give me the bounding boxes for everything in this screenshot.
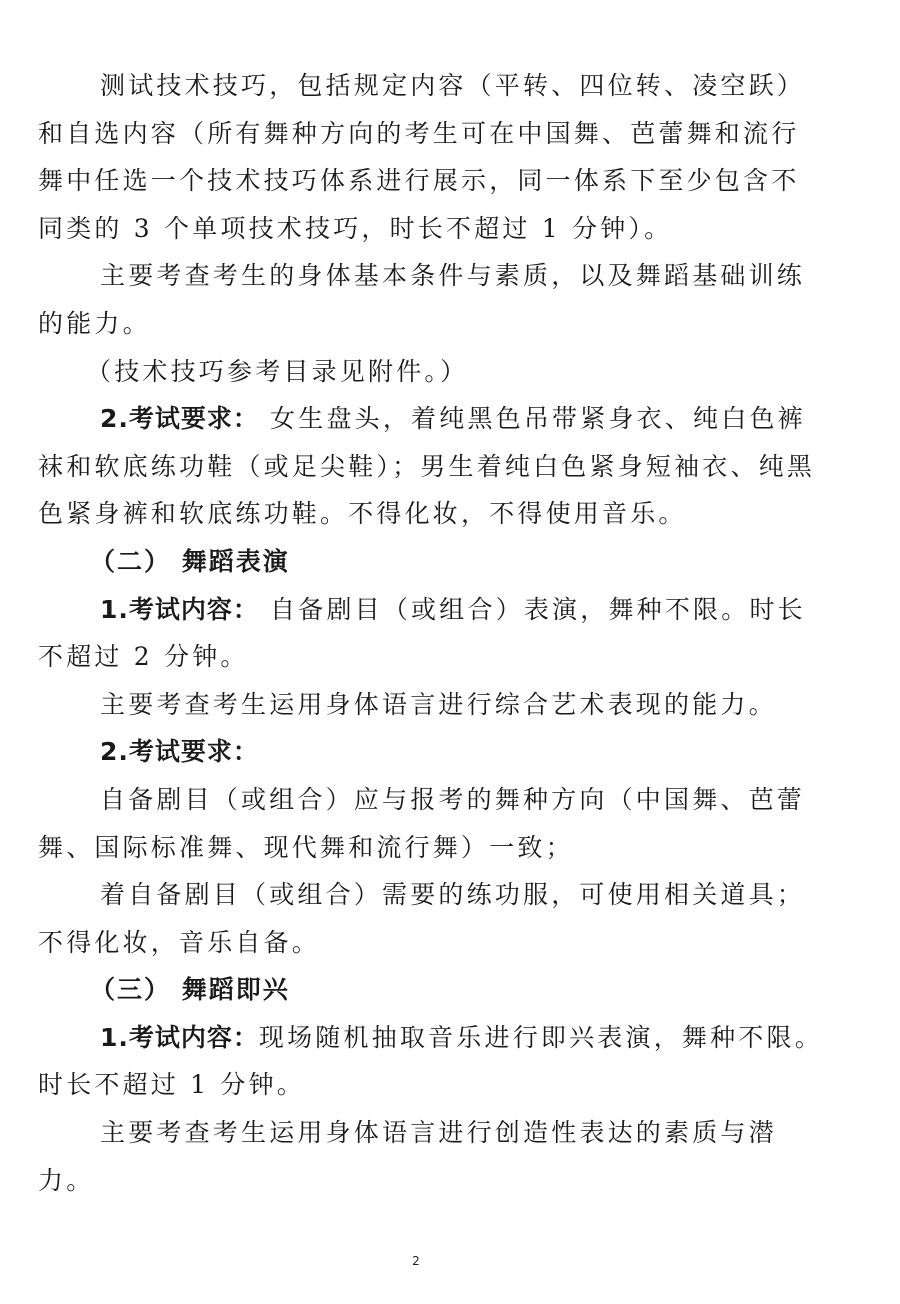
paragraph-line: （技术技巧参考目录见附件。） — [38, 348, 798, 396]
page-number: 2 — [0, 1254, 832, 1268]
item-label: 1.考试内容： — [100, 1023, 259, 1052]
item-text: 女生盘头，着纯黑色吊带紧身衣、纯白色裤 — [259, 404, 806, 433]
section-heading: （三） 舞蹈即兴 — [38, 966, 798, 1014]
item-text: 现场随机抽取音乐进行即兴表演，舞种不限。 — [259, 1023, 823, 1052]
paragraph-line: 的能力。 — [38, 300, 798, 348]
paragraph-line: 1.考试内容：现场随机抽取音乐进行即兴表演，舞种不限。 — [38, 1014, 798, 1062]
paragraph-line: 自备剧目（或组合）应与报考的舞种方向（中国舞、芭蕾 — [38, 776, 798, 824]
item-text: 自备剧目（或组合）表演，舞种不限。时长 — [259, 595, 806, 624]
paragraph-line: 着自备剧目（或组合）需要的练功服，可使用相关道具； — [38, 871, 798, 919]
item-label: 2.考试要求： — [100, 404, 259, 433]
paragraph-line: 舞中任选一个技术技巧体系进行展示，同一体系下至少包含不 — [38, 157, 798, 205]
paragraph-line: 时长不超过 1 分钟。 — [38, 1061, 798, 1109]
paragraph-line: 2.考试要求： 女生盘头，着纯黑色吊带紧身衣、纯白色裤 — [38, 395, 798, 443]
paragraph-line: 主要考查考生运用身体语言进行创造性表达的素质与潜 — [38, 1109, 798, 1157]
paragraph-line: 同类的 3 个单项技术技巧，时长不超过 1 分钟）。 — [38, 205, 798, 253]
paragraph-line: 不超过 2 分钟。 — [38, 633, 798, 681]
document-page: 测试技术技巧，包括规定内容（平转、四位转、凌空跃） 和自选内容（所有舞种方向的考… — [38, 62, 798, 1204]
paragraph-line: 力。 — [38, 1157, 798, 1205]
paragraph-line: 和自选内容（所有舞种方向的考生可在中国舞、芭蕾舞和流行 — [38, 110, 798, 158]
paragraph-line: 色紧身裤和软底练功鞋。不得化妆，不得使用音乐。 — [38, 490, 798, 538]
paragraph-line: 袜和软底练功鞋（或足尖鞋）；男生着纯白色紧身短袖衣、纯黑 — [38, 443, 798, 491]
paragraph-line: 舞、国际标准舞、现代舞和流行舞）一致； — [38, 824, 798, 872]
paragraph-line: 测试技术技巧，包括规定内容（平转、四位转、凌空跃） — [38, 62, 798, 110]
paragraph-line: 不得化妆，音乐自备。 — [38, 919, 798, 967]
paragraph-line: 主要考查考生的身体基本条件与素质，以及舞蹈基础训练 — [38, 252, 798, 300]
item-label: 2.考试要求： — [100, 737, 259, 766]
section-heading: （二） 舞蹈表演 — [38, 538, 798, 586]
paragraph-line: 主要考查考生运用身体语言进行综合艺术表现的能力。 — [38, 681, 798, 729]
paragraph-line: 2.考试要求： — [38, 728, 798, 776]
paragraph-line: 1.考试内容： 自备剧目（或组合）表演，舞种不限。时长 — [38, 586, 798, 634]
item-label: 1.考试内容： — [100, 595, 259, 624]
